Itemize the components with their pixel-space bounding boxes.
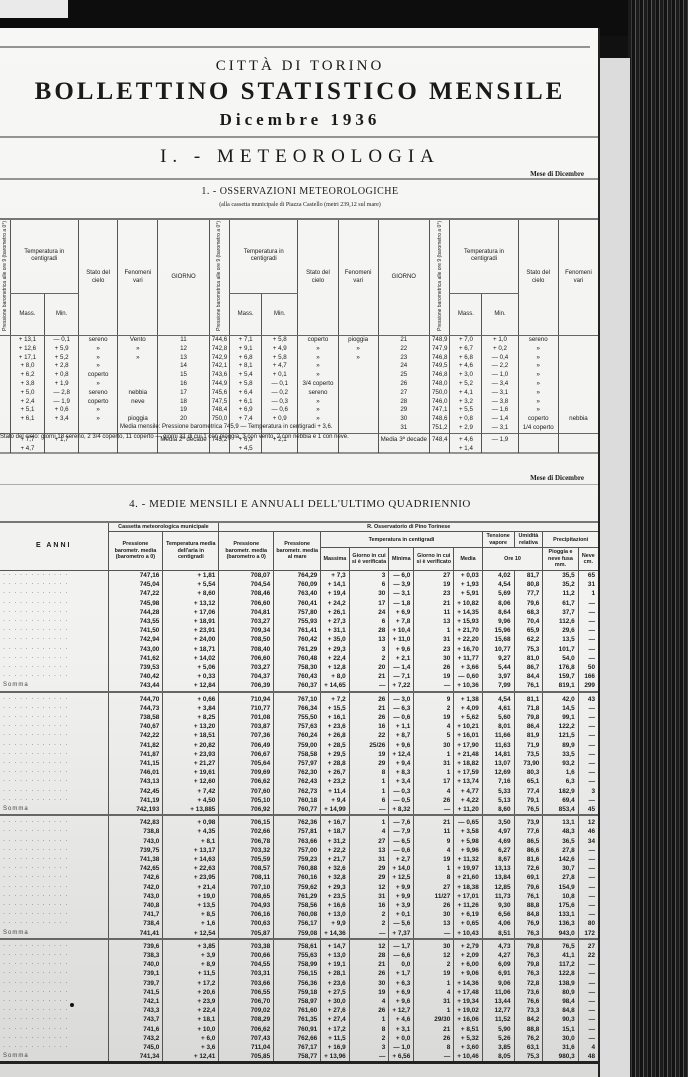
d1-min: + 3,4: [45, 415, 79, 424]
cell: + 23,91: [163, 626, 219, 635]
cell: 738,4: [108, 919, 163, 928]
cell: + 12,8: [321, 663, 350, 672]
cell: 747,16: [108, 570, 163, 580]
cell: 705,85: [219, 1052, 274, 1063]
cell: — 1,8: [389, 599, 414, 608]
cell: + 14,63: [163, 855, 219, 864]
table-row: · · · · · · · · · · · ·743,13+ 12,60706,…: [0, 777, 598, 786]
cell: + 35,0: [321, 635, 350, 644]
cell: + 10,82: [454, 599, 483, 608]
cell: + 14,7: [321, 939, 350, 951]
cell: 31: [414, 759, 454, 768]
cell: —: [578, 969, 598, 978]
cell: 17: [349, 599, 389, 608]
cell: 88,8: [514, 1025, 543, 1034]
cell: 943,0: [543, 929, 578, 939]
d2-giorno: 11: [158, 336, 209, 345]
table-row: · · · · · · · · · · · ·740,8+ 13,5704,93…: [0, 901, 598, 910]
cell: 740,67: [108, 722, 163, 731]
cell: 759,18: [274, 988, 321, 997]
d3-max: + 4,6: [450, 362, 482, 371]
cell: + 12,7: [389, 1006, 414, 1015]
cell: 705,87: [219, 929, 274, 939]
cell: 757,00: [274, 846, 321, 855]
cell: — 0,6: [389, 846, 414, 855]
table-row: · · · · · · · · · · · ·738,3+ 3,9700,667…: [0, 951, 598, 960]
cell: + 20,6: [163, 988, 219, 997]
cell: 8,67: [482, 855, 514, 864]
cell: 29: [349, 759, 389, 768]
table-row: · · · · · · · · · · · ·741,7+ 8,5706,167…: [0, 910, 598, 919]
d3-stato: »: [518, 362, 558, 371]
d1-min: + 0,8: [45, 371, 79, 380]
cell: 704,55: [219, 960, 274, 969]
cell: 761,29: [274, 892, 321, 901]
row-label: · · · · · · · · · · · ·: [0, 939, 108, 951]
cell: 705,59: [219, 855, 274, 864]
table-row: · · · · · · · · · · · ·742,65+ 22,63708,…: [0, 864, 598, 873]
cell: 5,90: [482, 1025, 514, 1034]
cell: + 14,35: [454, 608, 483, 617]
table-row: · · · · · · · · · · · ·738,58+ 8,25701,0…: [0, 713, 598, 722]
d3-fenomeni: [558, 398, 598, 407]
d1-max: + 2,4: [10, 398, 45, 407]
cell: 3: [349, 1043, 389, 1052]
cell: 299: [578, 681, 598, 691]
cell: + 1,1: [389, 722, 414, 731]
table-row: · · · · · · · · · · · ·742,0+ 21,4707,10…: [0, 883, 598, 892]
cell: + 2,09: [454, 951, 483, 960]
cell: + 18,38: [454, 883, 483, 892]
cell: + 26,1: [321, 608, 350, 617]
table-row: · · · · · · · · · · · ·742,94+ 24,00708,…: [0, 635, 598, 644]
cell: 13,5: [543, 635, 578, 644]
cell: + 9,6: [389, 997, 414, 1006]
cell: 13,84: [482, 873, 514, 882]
d2-max: + 7,1: [230, 336, 262, 345]
cell: 84,4: [514, 672, 543, 681]
cell: 706,16: [219, 910, 274, 919]
cell: 706,60: [219, 654, 274, 663]
cell: 89,9: [543, 741, 578, 750]
cell: + 17,59: [454, 768, 483, 777]
cell: 84,2: [514, 1015, 543, 1024]
cell: 761,29: [274, 645, 321, 654]
cell: 707,60: [219, 787, 274, 796]
row-label: · · · · · · · · · · · ·: [0, 635, 108, 644]
cell: 76,3: [514, 951, 543, 960]
cell: 86,6: [514, 846, 543, 855]
cell: 41,1: [543, 951, 578, 960]
cell: —: [349, 1052, 389, 1063]
cell: 12,85: [482, 883, 514, 892]
table-row: · · · · · · · · · · · ·743,2+ 6,0707,437…: [0, 1034, 598, 1043]
summary-row: Somma742,193+ 13,885706,92760,77+ 14,99—…: [0, 805, 598, 815]
cell: + 12,4: [389, 750, 414, 759]
cell: 758,61: [274, 939, 321, 951]
d1-stato: »: [78, 415, 117, 424]
cell: + 11,26: [454, 901, 483, 910]
d1-fenomeni: »: [118, 354, 158, 363]
cell: + 24,2: [321, 599, 350, 608]
cell: 703,66: [219, 979, 274, 988]
d3-stato: »: [518, 380, 558, 389]
cell: + 6,00: [454, 960, 483, 969]
table-row: · · · · · · · · · · · ·747,22+ 8,60708,4…: [0, 589, 598, 598]
cell: 73,3: [514, 1006, 543, 1015]
col-stato: Stato del cielo: [78, 219, 117, 336]
table-row: · · · · · · · · · · · ·741,62+ 14,02706,…: [0, 654, 598, 663]
cell: + 10,0: [163, 1025, 219, 1034]
d2-pressione: 743,6: [209, 371, 229, 380]
d2-fenomeni: [338, 398, 378, 407]
d3-max: + 3,2: [450, 398, 482, 407]
cell: 1: [414, 979, 454, 988]
cell: 763,66: [274, 837, 321, 846]
cell: 112,6: [543, 617, 578, 626]
cell: + 0,33: [163, 672, 219, 681]
cell: 86,5: [514, 837, 543, 846]
cell: 706,55: [219, 988, 274, 997]
cell: 703,31: [219, 969, 274, 978]
cell: 42,0: [543, 692, 578, 704]
cell: 746,01: [108, 768, 163, 777]
d3-stato: »: [518, 389, 558, 398]
cell: + 22,63: [163, 864, 219, 873]
d3-stato: »: [518, 345, 558, 354]
cell: 75,3: [514, 645, 543, 654]
cell: 708,29: [219, 1015, 274, 1024]
cell: + 5,91: [454, 589, 483, 598]
table-row: · · · · · · · · · · · ·741,38+ 14,63705,…: [0, 855, 598, 864]
cell: 3,85: [482, 1043, 514, 1052]
cell: + 4,6: [389, 1015, 414, 1024]
d2-fenomeni: pioggia: [338, 336, 378, 345]
cell: 80,9: [543, 988, 578, 997]
cell: + 16,6: [321, 901, 350, 910]
cell: + 21,48: [454, 750, 483, 759]
cell: —: [578, 979, 598, 988]
d1-stato: sereno: [78, 336, 117, 345]
cell: 72,6: [514, 864, 543, 873]
table-row: + 13,1— 0,1serenoVento11744,6+ 7,1+ 5,8c…: [0, 336, 598, 345]
cell: + 20,82: [163, 741, 219, 750]
cell: 708,50: [219, 635, 274, 644]
cell: + 11,4: [321, 787, 350, 796]
cell: 755,50: [274, 713, 321, 722]
cell: 27,8: [543, 846, 578, 855]
cell: + 19,02: [454, 1006, 483, 1015]
cell: 154,9: [543, 883, 578, 892]
cell: 767,17: [274, 1043, 321, 1052]
cell: 28: [349, 626, 389, 635]
cell: 27: [414, 883, 454, 892]
cell: 43: [578, 692, 598, 704]
cell: + 11,0: [389, 635, 414, 644]
cell: — 0,5: [389, 796, 414, 805]
cell: 707,43: [219, 1034, 274, 1043]
cell: + 23,6: [321, 979, 350, 988]
empty-cell: [10, 424, 45, 433]
cell: 701,08: [219, 713, 274, 722]
cell: 1: [414, 1006, 454, 1015]
cell: —: [578, 617, 598, 626]
issue-date: Dicembre 1936: [0, 110, 600, 130]
cell: 9: [414, 692, 454, 704]
cell: 31: [414, 635, 454, 644]
table-row: + 6,2+ 0,8coperto15743,6+ 5,4+ 0,1»25746…: [0, 371, 598, 380]
cell: 741,50: [108, 626, 163, 635]
cell: + 17,48: [454, 988, 483, 997]
cell: + 2,1: [389, 654, 414, 663]
row-label: Somma: [0, 1052, 108, 1063]
d3-stato: »: [518, 371, 558, 380]
cell: —: [578, 892, 598, 901]
cell: —: [578, 864, 598, 873]
cell: —: [578, 759, 598, 768]
cell: + 22,4: [163, 1006, 219, 1015]
cell: — 0,60: [454, 672, 483, 681]
cell: 26: [414, 1034, 454, 1043]
cell: 46: [578, 827, 598, 836]
cell: 86,7: [514, 663, 543, 672]
cell: + 9,06: [454, 969, 483, 978]
cell: —: [578, 988, 598, 997]
cell: 853,4: [543, 805, 578, 815]
cell: —: [578, 960, 598, 969]
cell: 79,8: [514, 713, 543, 722]
row-label: · · · · · · · · · · · ·: [0, 960, 108, 969]
cell: 26: [349, 1006, 389, 1015]
row-label: · · · · · · · · · · · ·: [0, 1043, 108, 1052]
row-label: · · · · · · · · · · · ·: [0, 796, 108, 805]
cell: + 0,03: [454, 570, 483, 580]
group-cassetta: Cassetta meteorologica municipale: [108, 522, 219, 532]
row-label: · · · · · · · · · · · ·: [0, 722, 108, 731]
d2-min: — 0,1: [262, 380, 298, 389]
cell: 708,07: [219, 570, 274, 580]
cell: —: [578, 713, 598, 722]
table-row: · · · · · · · · · · · ·744,28+ 17,06704,…: [0, 608, 598, 617]
cell: + 13,5: [163, 901, 219, 910]
cell: + 19,0: [163, 892, 219, 901]
cell: + 22,20: [454, 635, 483, 644]
cell: 36,5: [543, 837, 578, 846]
cell: 759,62: [274, 883, 321, 892]
row-label: · · · · · · · · · · · ·: [0, 645, 108, 654]
cell: + 8,5: [163, 910, 219, 919]
cell: 19: [414, 969, 454, 978]
cell: 9,30: [482, 901, 514, 910]
table-row: · · · · · · · · · · · ·741,19+ 4,50705,1…: [0, 796, 598, 805]
cell: 758,56: [274, 901, 321, 910]
d3-pressione: 748,9: [429, 336, 449, 345]
d3-stato: »: [518, 354, 558, 363]
table1-title: 1. - OSSERVAZIONI METEOROLOGICHE: [0, 186, 600, 197]
cell: — 1,7: [389, 939, 414, 951]
d1-pressione: [0, 389, 10, 398]
cell: 6,91: [482, 969, 514, 978]
cell: 742,0: [108, 883, 163, 892]
col-giorno: GIORNO: [378, 219, 429, 336]
cell: 758,99: [274, 960, 321, 969]
cell: 706,39: [219, 681, 274, 691]
cell: 81,1: [514, 692, 543, 704]
cell: —: [578, 855, 598, 864]
cell: 98,4: [543, 997, 578, 1006]
cell: — 3,1: [389, 589, 414, 598]
d2-fenomeni: »: [338, 354, 378, 363]
cell: 23: [414, 645, 454, 654]
d1-max: + 17,1: [10, 354, 45, 363]
cell: + 11,77: [454, 654, 483, 663]
cell: —: [578, 741, 598, 750]
ink-dot: [70, 1003, 74, 1007]
cell: + 8,60: [163, 589, 219, 598]
cell: 760,16: [274, 873, 321, 882]
cell: + 27,5: [321, 988, 350, 997]
cell: — 6,0: [389, 570, 414, 580]
cell: + 19,1: [321, 960, 350, 969]
cell: 8,51: [482, 929, 514, 939]
cell: + 4,35: [163, 827, 219, 836]
table-row: · · · · · · · · · · · ·745,04+ 5,54704,5…: [0, 580, 598, 589]
cell: + 13,0: [321, 910, 350, 919]
cell: 21: [414, 599, 454, 608]
cell: + 16,06: [454, 1015, 483, 1024]
cell: 29: [349, 873, 389, 882]
cell: 706,49: [219, 741, 274, 750]
cell: 756,17: [274, 919, 321, 928]
cell: 744,73: [108, 704, 163, 713]
row-label: · · · · · · · · · · · ·: [0, 864, 108, 873]
cell: 743,0: [108, 837, 163, 846]
table-row: · · · · · · · · · · · ·739,1+ 11,5703,31…: [0, 969, 598, 978]
cell: + 28,1: [321, 969, 350, 978]
cell: 760,08: [274, 910, 321, 919]
d2-giorno: 14: [158, 362, 209, 371]
cell: 4,06: [482, 919, 514, 928]
divider: [0, 136, 598, 138]
cell: —: [578, 635, 598, 644]
table-row: · · · · · · · · · · · ·743,7+ 18,1708,29…: [0, 1015, 598, 1024]
table-row: · · · · · · · · · · · ·745,98+ 13,12706,…: [0, 599, 598, 608]
d3-max: + 7,0: [450, 336, 482, 345]
row-label: · · · · · · · · · · · ·: [0, 827, 108, 836]
cell: 710,94: [219, 692, 274, 704]
cell: 758,58: [274, 750, 321, 759]
d2-pressione: 748,4: [209, 406, 229, 415]
cell: 27,8: [543, 873, 578, 882]
cell: 16: [349, 722, 389, 731]
cell: 743,00: [108, 645, 163, 654]
cell: 11,73: [482, 892, 514, 901]
cell: —: [349, 929, 389, 939]
cell: + 13,96: [321, 1052, 350, 1063]
cell: 755,63: [274, 951, 321, 960]
bulletin-title: BOLLETTINO STATISTICO MENSILE: [0, 78, 600, 106]
cell: 758,97: [274, 997, 321, 1006]
col-minima: Minima: [389, 548, 414, 570]
cell: + 26,8: [321, 731, 350, 740]
col-neve: Neve cm.: [578, 548, 598, 570]
d3-pressione: 749,5: [429, 362, 449, 371]
cell: 759,23: [274, 855, 321, 864]
cell: 4: [414, 787, 454, 796]
cell: 9: [414, 837, 454, 846]
col-temperatura: Temperatura in centigradi: [230, 219, 298, 293]
cell: + 28,5: [321, 741, 350, 750]
cell: 742,45: [108, 787, 163, 796]
d1-max: + 6,1: [10, 415, 45, 424]
cell: 19: [349, 988, 389, 997]
cell: 760,43: [274, 672, 321, 681]
cell: 63,1: [514, 1043, 543, 1052]
table-row: + 17,1+ 5,2»»13742,9+ 6,8+ 5,8»»23746,8+…: [0, 354, 598, 363]
cell: 33,5: [543, 750, 578, 759]
cell: —: [578, 777, 598, 786]
cell: 741,34: [108, 1052, 163, 1063]
cell: + 17,01: [454, 892, 483, 901]
cell: + 15,5: [321, 704, 350, 713]
cell: 710,77: [219, 704, 274, 713]
d2-pressione: 744,9: [209, 380, 229, 389]
cell: 706,67: [219, 750, 274, 759]
cell: + 19,34: [454, 997, 483, 1006]
cell: 745,0: [108, 1043, 163, 1052]
row-label: · · · · · · · · · · · ·: [0, 873, 108, 882]
cell: 77,7: [514, 589, 543, 598]
d2-fenomeni: [338, 415, 378, 424]
col-massima: Massima: [321, 548, 350, 570]
cell: 3: [349, 570, 389, 580]
d3-max: + 2,9: [450, 424, 482, 433]
cell: —: [578, 873, 598, 882]
cell: 8,64: [482, 608, 514, 617]
cell: 8,05: [482, 1052, 514, 1063]
cell: + 1,7: [389, 969, 414, 978]
col-fenomeni: Fenomeni vari: [118, 219, 158, 336]
cell: 12: [414, 951, 454, 960]
cell: + 14,99: [321, 805, 350, 815]
row-label: Somma: [0, 681, 108, 691]
d3-fenomeni: nebbia: [558, 415, 598, 424]
d2-pressione: 747,5: [209, 398, 229, 407]
cell: 65,1: [514, 777, 543, 786]
cell: 136,3: [543, 919, 578, 928]
cell: 5,69: [482, 589, 514, 598]
cell: 30: [414, 910, 454, 919]
d3-giorno: 27: [378, 389, 429, 398]
cell: 14,81: [482, 750, 514, 759]
d1-pressione: [0, 336, 10, 345]
cell: 742,193: [108, 805, 163, 815]
cell: 762,66: [274, 1034, 321, 1043]
cell: 50: [578, 663, 598, 672]
col-press-media: Pressione barometr. media (barometro a 0…: [108, 532, 163, 570]
cell: 758,77: [274, 1052, 321, 1063]
d1-pressione: [0, 362, 10, 371]
d1-min: + 5,9: [45, 345, 79, 354]
cell: 31: [414, 997, 454, 1006]
cell: + 5,98: [454, 837, 483, 846]
cell: —: [578, 901, 598, 910]
cell: 11,06: [482, 988, 514, 997]
summary-row: Somma741,34+ 12,41705,85758,77+ 13,96—+ …: [0, 1052, 598, 1063]
d2-min: + 5,8: [262, 336, 298, 345]
cell: 73,6: [514, 988, 543, 997]
document-page: CITTÀ DI TORINO BOLLETTINO STATISTICO ME…: [0, 28, 600, 1077]
